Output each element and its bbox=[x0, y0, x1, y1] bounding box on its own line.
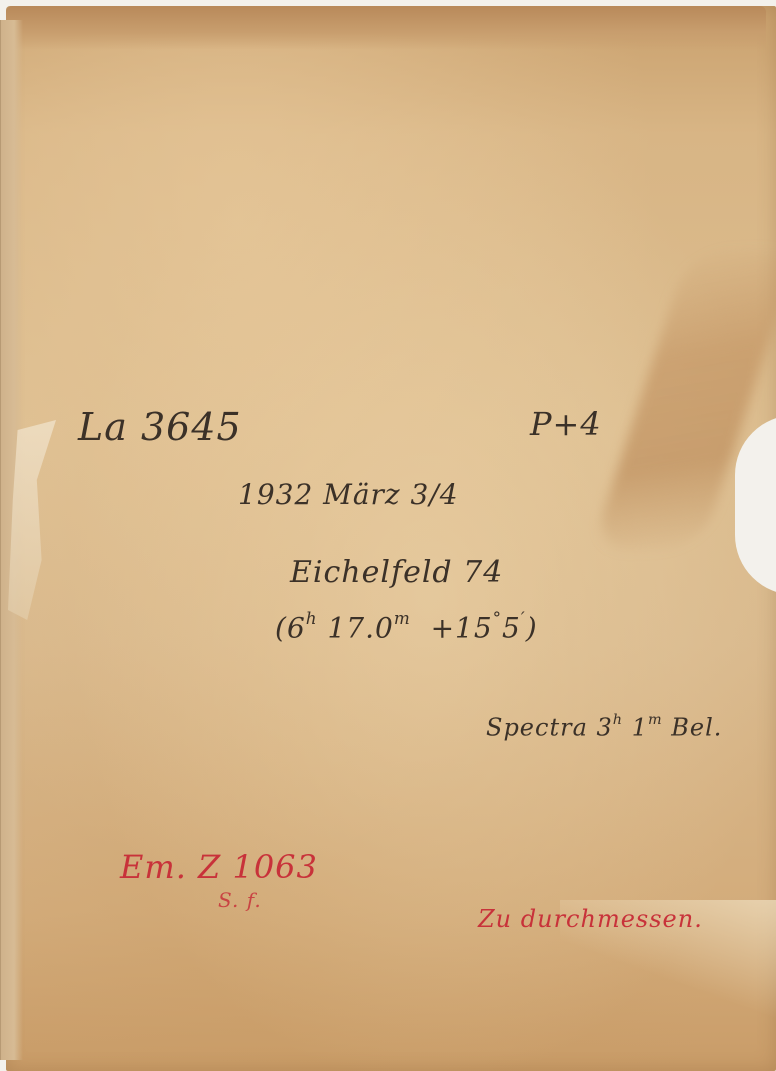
spectra-label: Spectra 3 bbox=[486, 714, 613, 742]
ra-minutes-unit: m bbox=[394, 608, 411, 628]
coordinates: (6h 17.0m +15°5′) bbox=[275, 608, 538, 644]
envelope-top-fold bbox=[6, 6, 766, 50]
ra-hours-unit: h bbox=[306, 608, 318, 628]
red-initials: S. f. bbox=[218, 888, 262, 912]
ra-hours: 6 bbox=[287, 611, 306, 644]
object-name: Eichelfeld 74 bbox=[290, 555, 503, 590]
dec-minutes: 5 bbox=[502, 611, 521, 644]
red-reference: Em. Z 1063 bbox=[120, 848, 318, 886]
red-instruction: Zu durchmessen. bbox=[478, 905, 703, 933]
dec-degrees: +15 bbox=[431, 611, 493, 644]
catalog-number: La 3645 bbox=[78, 405, 242, 449]
coord-close: ) bbox=[526, 611, 538, 644]
observation-date: 1932 März 3/4 bbox=[238, 478, 459, 511]
spectra-minutes-unit: m bbox=[648, 712, 663, 728]
spectra-note: Spectra 3h 1m Bel. bbox=[486, 712, 722, 742]
dec-degrees-unit: ° bbox=[493, 608, 502, 628]
spectra-suffix: Bel. bbox=[671, 714, 722, 742]
plate-mark: P+4 bbox=[530, 405, 602, 443]
spectra-minutes: 1 bbox=[632, 714, 648, 742]
coord-open: ( bbox=[275, 611, 287, 644]
spectra-hours-unit: h bbox=[613, 712, 623, 728]
ra-minutes: 17.0 bbox=[327, 611, 393, 644]
